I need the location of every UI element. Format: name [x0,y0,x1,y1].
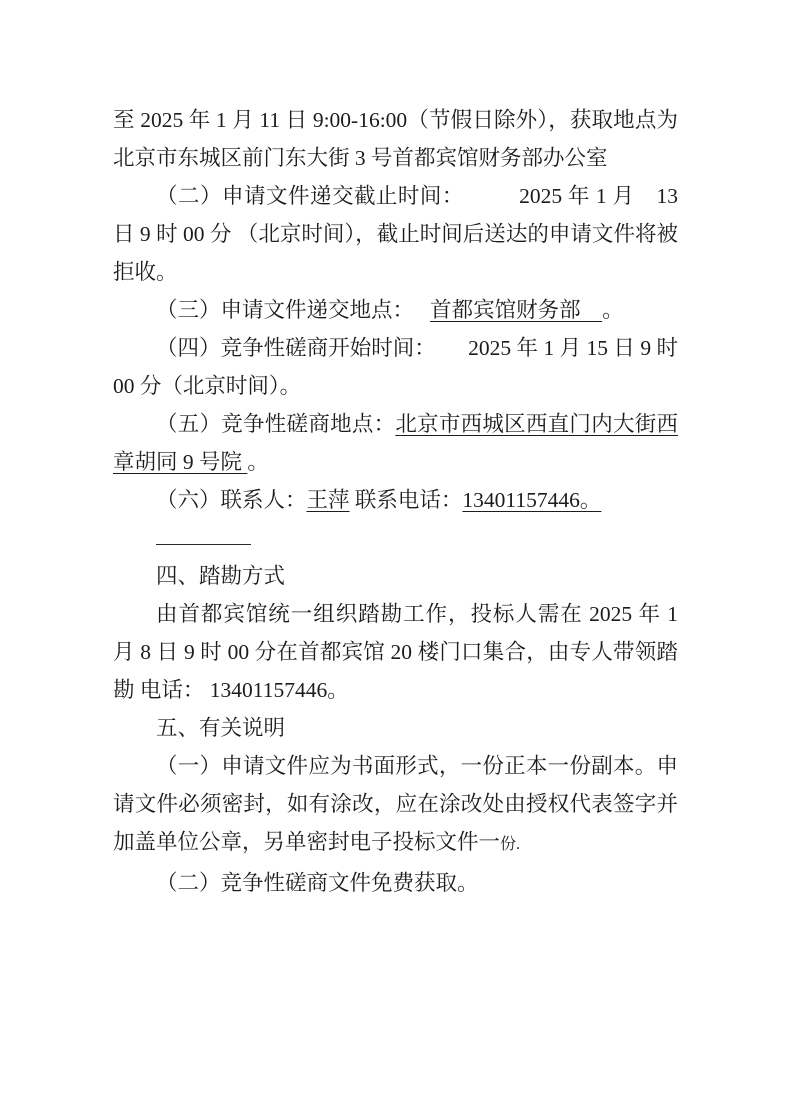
para-note-1-document-form: （一）申请文件应为书面形式，一份正本一份副本。申请文件必须密封，如有涂改，应在涂… [113,747,678,864]
underlined-fill-in-text: 13401157446。 [462,488,601,512]
text-run: 四、踏勘方式 [156,564,285,588]
blank-underscore-rule [156,528,251,545]
para-note-2-free-obtain: （二）竞争性磋商文件免费获取。 [113,864,678,902]
text-run: 五、有关说明 [156,716,285,740]
text-run: 至 2025 年 1 月 11 日 9:00-16:00（节假日除外），获取地点… [113,108,678,170]
text-run: （二）竞争性磋商文件免费获取。 [156,871,479,895]
text-run: （五）竞争性磋商地点： [156,412,395,436]
para-item-5-negotiation-place: （五）竞争性磋商地点：北京市西城区西直门内大街西章胡同 9 号院 。 [113,405,678,481]
text-run: （一）申请文件应为书面形式，一份正本一份副本。申请文件必须密封，如有涂改，应在涂… [113,754,678,854]
document-page: 至 2025 年 1 月 11 日 9:00-16:00（节假日除外），获取地点… [0,0,791,1119]
text-run: 。 [602,298,624,322]
para-item-4-negotiation-start-time: （四）竞争性磋商开始时间： 2025 年 1 月 15 日 9 时 00 分（北… [113,329,678,405]
text-run: （二）申请文件递交截止时间： 2025 年 1 月 13 日 9 时 00 分 … [113,184,678,284]
para-file-obtain-continued: 至 2025 年 1 月 11 日 9:00-16:00（节假日除外），获取地点… [113,101,678,177]
text-run: 由首都宾馆统一组织踏勘工作，投标人需在 2025 年 1 月 8 日 9 时 0… [113,602,678,702]
text-run: （四）竞争性磋商开始时间： 2025 年 1 月 15 日 9 时 00 分（北… [113,336,678,398]
text-run: 份. [500,836,520,853]
text-run: 联系电话： [350,488,463,512]
text-run: （三）申请文件递交地点： [156,298,430,322]
para-heading-section-5: 五、有关说明 [113,709,678,747]
para-blank-underscore-line [113,519,678,557]
para-item-2-submission-deadline: （二）申请文件递交截止时间： 2025 年 1 月 13 日 9 时 00 分 … [113,177,678,291]
para-heading-section-4: 四、踏勘方式 [113,557,678,595]
underlined-fill-in-text: 首都宾馆财务部 [430,298,602,322]
para-item-6-contact: （六）联系人：王萍 联系电话：13401157446。 [113,481,678,519]
text-run: 。 [247,450,269,474]
para-site-survey-body: 由首都宾馆统一组织踏勘工作，投标人需在 2025 年 1 月 8 日 9 时 0… [113,595,678,709]
underlined-fill-in-text: 王萍 [307,488,350,512]
document-body: 至 2025 年 1 月 11 日 9:00-16:00（节假日除外），获取地点… [113,101,678,902]
text-run: （六）联系人： [156,488,307,512]
para-item-3-submission-place: （三）申请文件递交地点： 首都宾馆财务部 。 [113,291,678,329]
